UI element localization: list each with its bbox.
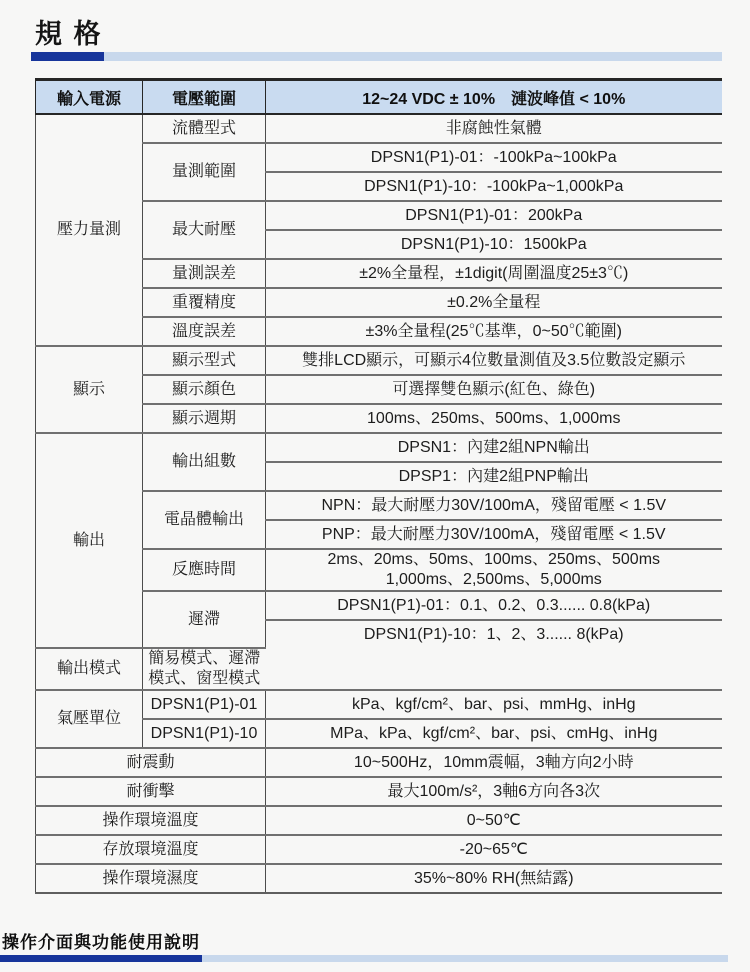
- table-cell: DPSP1：內建2組PNP輸出: [266, 462, 722, 491]
- table-cell: 35%~80% RH(無結露): [266, 864, 722, 893]
- table-cell: 輸出組數: [143, 433, 266, 491]
- table-cell: 最大100m/s²，3軸6方向各3次: [266, 777, 722, 806]
- table-cell: DPSN1(P1)-10：1、2、3...... 8(kPa): [266, 620, 722, 648]
- table-cell: 反應時間: [143, 549, 266, 591]
- table-cell: 遲滯: [143, 591, 266, 648]
- table-cell: ±2%全量程，±1digit(周圍溫度25±3℃): [266, 259, 722, 288]
- table-cell: DPSN1(P1)-10：1500kPa: [266, 230, 722, 259]
- table-cell: ±0.2%全量程: [266, 288, 722, 317]
- footer-accent-bar: [0, 955, 728, 962]
- table-row: 操作環境濕度35%~80% RH(無結露): [36, 864, 722, 893]
- table-row: 耐震動10~500Hz，10mm震幅，3軸方向2小時: [36, 748, 722, 777]
- page-title: 規 格: [35, 12, 103, 51]
- table-cell: 顯示週期: [143, 404, 266, 433]
- table-row: 輸出輸出組數DPSN1：內建2組NPN輸出: [36, 433, 722, 462]
- footer-section-heading: 操作介面與功能使用說明: [2, 928, 200, 953]
- spec-table: 輸入電源 電壓範圍 12~24 VDC ± 10% 漣波峰值 < 10% 壓力量…: [35, 78, 722, 894]
- table-cell: 顯示: [36, 346, 143, 433]
- table-cell: 存放環境溫度: [36, 835, 266, 864]
- table-row: 存放環境溫度-20~65℃: [36, 835, 722, 864]
- table-cell: 輸出: [36, 433, 143, 648]
- table-row: 耐衝擊最大100m/s²，3軸6方向各3次: [36, 777, 722, 806]
- table-row: 操作環境溫度0~50℃: [36, 806, 722, 835]
- table-cell: 簡易模式、遲滯模式、窗型模式: [143, 648, 266, 690]
- spec-table-body: 壓力量測流體型式非腐蝕性氣體量測範圍DPSN1(P1)-01：-100kPa~1…: [36, 114, 722, 893]
- title-accent-bar-dark-segment: [31, 52, 104, 61]
- table-cell: 100ms、250ms、500ms、1,000ms: [266, 404, 722, 433]
- table-cell: 壓力量測: [36, 114, 143, 346]
- header-cell-voltage-range: 電壓範圍: [143, 80, 266, 115]
- table-cell: 流體型式: [143, 114, 266, 143]
- table-cell: 雙排LCD顯示，可顯示4位數量測值及3.5位數設定顯示: [266, 346, 722, 375]
- table-cell: 2ms、20ms、50ms、100ms、250ms、500ms 1,000ms、…: [266, 549, 722, 591]
- table-cell: 顯示顏色: [143, 375, 266, 404]
- table-cell: 輸出模式: [36, 648, 143, 690]
- table-cell: 0~50℃: [266, 806, 722, 835]
- header-cell-input-power: 輸入電源: [36, 80, 143, 115]
- table-row: 氣壓單位DPSN1(P1)-01kPa、kgf/cm²、bar、psi、mmHg…: [36, 690, 722, 719]
- table-cell: 10~500Hz，10mm震幅，3軸方向2小時: [266, 748, 722, 777]
- table-cell: 溫度誤差: [143, 317, 266, 346]
- table-cell: ±3%全量程(25℃基準，0~50℃範圍): [266, 317, 722, 346]
- table-cell: 量測誤差: [143, 259, 266, 288]
- table-cell: DPSN1：內建2組NPN輸出: [266, 433, 722, 462]
- table-cell: NPN：最大耐壓力30V/100mA，殘留電壓 < 1.5V: [266, 491, 722, 520]
- spec-page: 規 格 輸入電源 電壓範圍 12~24 VDC ± 10% 漣波峰值 < 10%…: [0, 0, 750, 972]
- table-cell: 非腐蝕性氣體: [266, 114, 722, 143]
- table-cell: -20~65℃: [266, 835, 722, 864]
- table-header-row: 輸入電源 電壓範圍 12~24 VDC ± 10% 漣波峰值 < 10%: [36, 80, 722, 115]
- table-cell: DPSN1(P1)-10: [143, 719, 266, 748]
- table-cell: 操作環境濕度: [36, 864, 266, 893]
- table-cell: 最大耐壓: [143, 201, 266, 259]
- table-row: 輸出模式簡易模式、遲滯模式、窗型模式: [36, 648, 722, 690]
- table-cell: PNP：最大耐壓力30V/100mA，殘留電壓 < 1.5V: [266, 520, 722, 549]
- table-cell: 氣壓單位: [36, 690, 143, 748]
- table-cell: 耐衝擊: [36, 777, 266, 806]
- table-row: 壓力量測流體型式非腐蝕性氣體: [36, 114, 722, 143]
- table-cell: kPa、kgf/cm²、bar、psi、mmHg、inHg: [266, 690, 722, 719]
- table-row: 顯示顯示型式雙排LCD顯示，可顯示4位數量測值及3.5位數設定顯示: [36, 346, 722, 375]
- table-cell: 電晶體輸出: [143, 491, 266, 549]
- table-cell: MPa、kPa、kgf/cm²、bar、psi、cmHg、inHg: [266, 719, 722, 748]
- table-cell: 顯示型式: [143, 346, 266, 375]
- table-cell: DPSN1(P1)-01: [143, 690, 266, 719]
- footer-accent-bar-dark-segment: [0, 955, 202, 962]
- table-cell: DPSN1(P1)-01：-100kPa~100kPa: [266, 143, 722, 172]
- table-cell: 操作環境溫度: [36, 806, 266, 835]
- header-cell-voltage-value: 12~24 VDC ± 10% 漣波峰值 < 10%: [266, 80, 722, 115]
- table-cell: DPSN1(P1)-01：200kPa: [266, 201, 722, 230]
- table-cell: 量測範圍: [143, 143, 266, 201]
- table-cell: 可選擇雙色顯示(紅色、綠色): [266, 375, 722, 404]
- table-cell: DPSN1(P1)-01：0.1、0.2、0.3...... 0.8(kPa): [266, 591, 722, 620]
- title-accent-bar: [31, 52, 722, 61]
- table-cell: DPSN1(P1)-10：-100kPa~1,000kPa: [266, 172, 722, 201]
- table-cell: 重覆精度: [143, 288, 266, 317]
- table-cell: 耐震動: [36, 748, 266, 777]
